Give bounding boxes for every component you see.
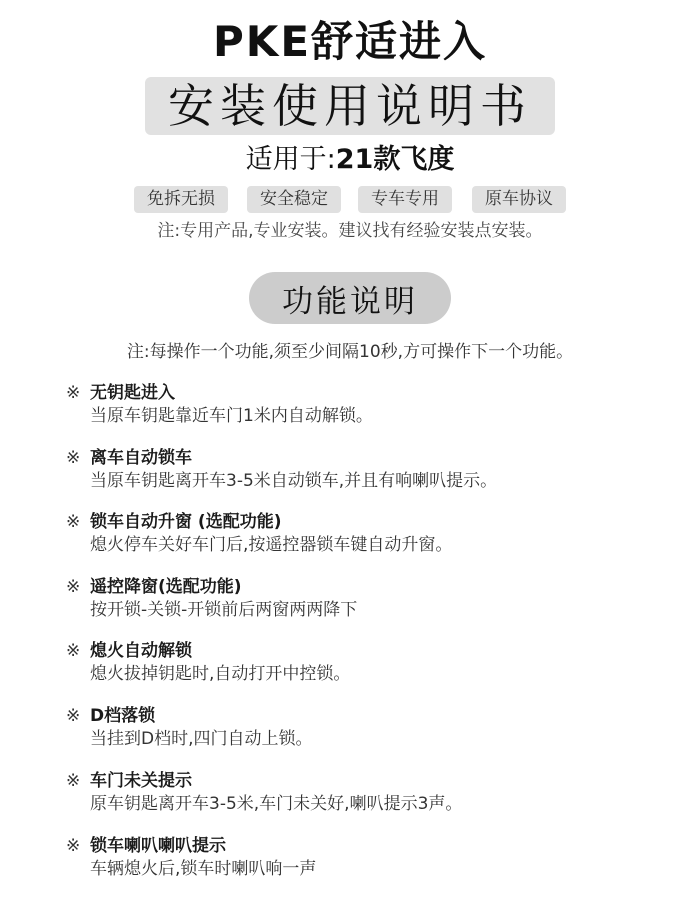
reference-mark-icon: ※ — [66, 511, 90, 533]
feature-title: 遥控降窗(选配功能) — [90, 577, 242, 597]
feature-item: ※遥控降窗(选配功能) 按开锁-关锁-开锁前后两窗两两降下 — [66, 576, 666, 622]
operation-note: 注:每操作一个功能,须至少间隔10秒,方可操作下一个功能。 — [0, 340, 700, 364]
applies-label: 适用于: — [246, 144, 336, 175]
feature-title: 锁车自动升窗 (选配功能) — [90, 512, 281, 532]
tag-oem-protocol: 原车协议 — [472, 186, 566, 213]
feature-desc: 当原车钥匙靠近车门1米内自动解锁。 — [90, 404, 666, 428]
feature-item: ※锁车喇叭喇叭提示 车辆熄火后,锁车时喇叭响一声 — [66, 835, 666, 881]
feature-item: ※车门未关提示 原车钥匙离开车3-5米,车门未关好,喇叭提示3声。 — [66, 770, 666, 816]
reference-mark-icon: ※ — [66, 835, 90, 857]
feature-desc: 当挂到D档时,四门自动上锁。 — [90, 727, 666, 751]
reference-mark-icon: ※ — [66, 447, 90, 469]
reference-mark-icon: ※ — [66, 705, 90, 727]
feature-desc: 当原车钥匙离开车3-5米自动锁车,并且有响喇叭提示。 — [90, 469, 666, 493]
feature-title: D档落锁 — [90, 706, 155, 726]
feature-desc: 熄火停车关好车门后,按遥控器锁车键自动升窗。 — [90, 533, 666, 557]
section-title: 功能说明 — [249, 272, 451, 324]
feature-desc: 熄火拔掉钥匙时,自动打开中控锁。 — [90, 662, 666, 686]
feature-tags: 免拆无损 安全稳定 专车专用 原车协议 — [0, 186, 700, 213]
tag-vehicle-specific: 专车专用 — [358, 186, 452, 213]
feature-title: 离车自动锁车 — [90, 448, 192, 468]
tag-no-disassembly: 免拆无损 — [134, 186, 228, 213]
feature-title: 无钥匙进入 — [90, 383, 175, 403]
feature-item: ※熄火自动解锁 熄火拔掉钥匙时,自动打开中控锁。 — [66, 640, 666, 686]
feature-item: ※无钥匙进入 当原车钥匙靠近车门1米内自动解锁。 — [66, 382, 666, 428]
feature-title: 锁车喇叭喇叭提示 — [90, 836, 226, 856]
reference-mark-icon: ※ — [66, 382, 90, 404]
install-note: 注:专用产品,专业安装。建议找有经验安装点安装。 — [0, 219, 700, 243]
feature-item: ※D档落锁 当挂到D档时,四门自动上锁。 — [66, 705, 666, 751]
feature-item: ※锁车自动升窗 (选配功能) 熄火停车关好车门后,按遥控器锁车键自动升窗。 — [66, 511, 666, 557]
feature-desc: 车辆熄火后,锁车时喇叭响一声 — [90, 857, 666, 881]
applies-model: 21款飞度 — [336, 144, 455, 175]
feature-title: 车门未关提示 — [90, 771, 192, 791]
reference-mark-icon: ※ — [66, 640, 90, 662]
feature-title: 熄火自动解锁 — [90, 641, 192, 661]
page-title: PKE舒适进入 — [0, 16, 700, 68]
applicable-model: 适用于:21款飞度 — [0, 142, 700, 178]
reference-mark-icon: ※ — [66, 576, 90, 598]
feature-item: ※离车自动锁车 当原车钥匙离开车3-5米自动锁车,并且有响喇叭提示。 — [66, 447, 666, 493]
reference-mark-icon: ※ — [66, 770, 90, 792]
tag-safe-stable: 安全稳定 — [247, 186, 341, 213]
feature-desc: 按开锁-关锁-开锁前后两窗两两降下 — [90, 598, 666, 622]
feature-desc: 原车钥匙离开车3-5米,车门未关好,喇叭提示3声。 — [90, 792, 666, 816]
manual-banner: 安装使用说明书 — [145, 77, 555, 135]
